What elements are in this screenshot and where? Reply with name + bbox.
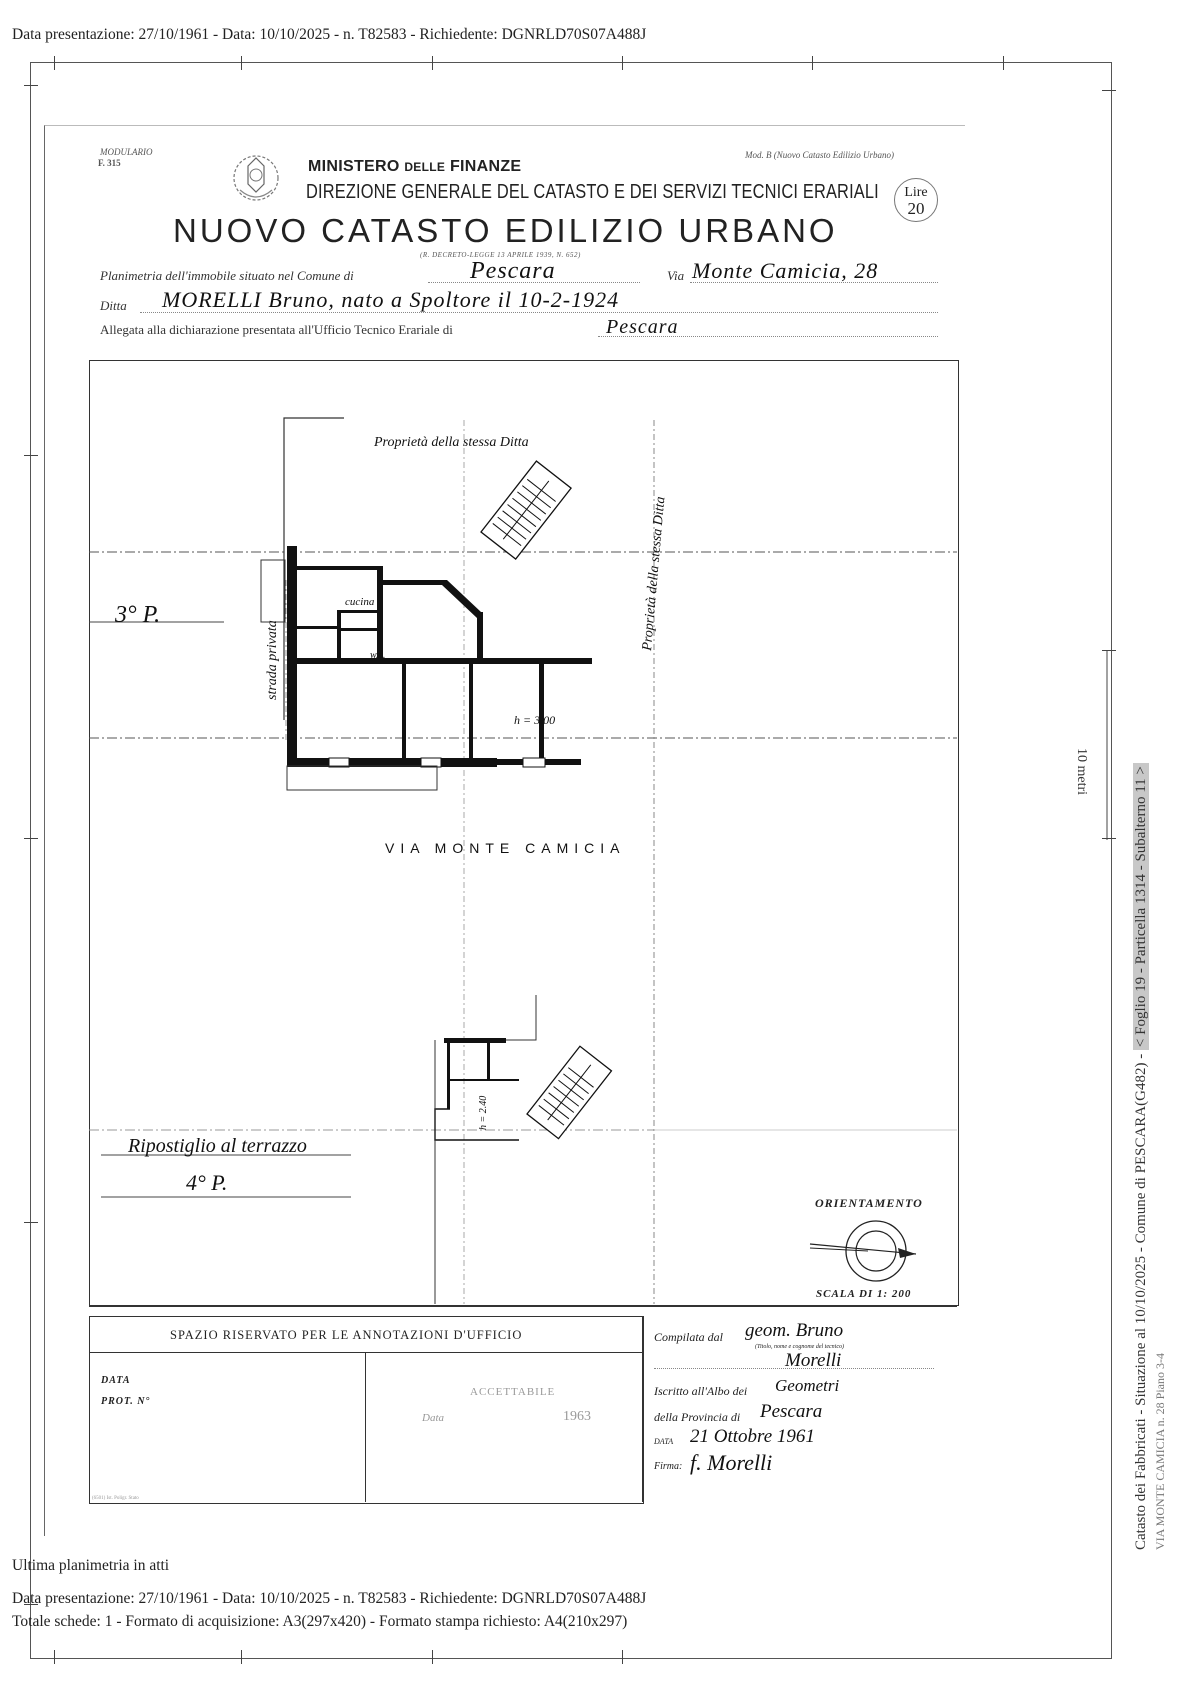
plan-bottom-border bbox=[89, 1305, 957, 1307]
compiler-divider bbox=[642, 1316, 643, 1502]
floor-4-label: 4° P. bbox=[186, 1170, 227, 1196]
side-cadastral-line: Catasto dei Fabbricati - Situazione al 1… bbox=[1133, 763, 1150, 1550]
form-title: NUOVO CATASTO EDILIZIO URBANO bbox=[173, 212, 838, 250]
office-prot-label: PROT. N° bbox=[101, 1396, 150, 1407]
orientamento-label: ORIENTAMENTO bbox=[815, 1196, 923, 1211]
street-label: VIA MONTE CAMICIA bbox=[385, 840, 625, 856]
provincia-label: della Provincia di bbox=[654, 1410, 740, 1425]
side-catasto-text: Catasto dei Fabbricati - Situazione al 1… bbox=[1133, 1050, 1149, 1550]
room-cucina: cucina bbox=[345, 596, 374, 608]
direzione-heading: DIREZIONE GENERALE DEL CATASTO E DEI SER… bbox=[306, 181, 879, 204]
allegata-label: Allegata alla dichiarazione presentata a… bbox=[100, 322, 453, 338]
ministero-delle: DELLE bbox=[404, 160, 445, 174]
frame-tick bbox=[24, 838, 38, 839]
footer-line-1: Data presentazione: 27/10/1961 - Data: 1… bbox=[12, 1590, 646, 1608]
office-section-title: SPAZIO RISERVATO PER LE ANNOTAZIONI D'UF… bbox=[170, 1328, 522, 1343]
compilata-value: geom. Bruno bbox=[745, 1320, 843, 1342]
lire-amount: 20 bbox=[895, 201, 937, 217]
office-footer-code: (6501) Ist. Poligr. Stato bbox=[92, 1496, 139, 1501]
modello-code: F. 315 bbox=[98, 158, 121, 168]
floor-3-label: 3° P. bbox=[115, 602, 160, 629]
ministero-heading: MINISTERO DELLE FINANZE bbox=[308, 158, 521, 176]
compilata-dotline bbox=[654, 1368, 934, 1369]
ufficio-value: Pescara bbox=[606, 316, 679, 339]
frame-tick bbox=[24, 455, 38, 456]
frame-tick bbox=[622, 56, 623, 70]
scale-bar-icon bbox=[1100, 650, 1114, 840]
ditta-label: Ditta bbox=[100, 298, 127, 314]
via-value: Monte Camicia, 28 bbox=[692, 258, 878, 284]
compiler-data-value: 21 Ottobre 1961 bbox=[690, 1426, 815, 1448]
frame-tick bbox=[812, 56, 813, 70]
comune-value: Pescara bbox=[470, 258, 556, 285]
frame-tick bbox=[241, 1650, 242, 1664]
mod-ref: Mod. B (Nuovo Catasto Edilizio Urbano) bbox=[745, 150, 894, 160]
modello-label: MODULARIO bbox=[100, 147, 153, 157]
stamp-year: 1963 bbox=[563, 1409, 591, 1425]
iscritto-label: Iscritto all'Albo dei bbox=[654, 1384, 747, 1399]
side-address-line: VIA MONTE CAMICIA n. 28 Piano 3-4 bbox=[1153, 1353, 1168, 1550]
floor-4-note: Ripostiglio al terrazzo bbox=[128, 1135, 307, 1158]
room-wc: w.c. bbox=[370, 650, 385, 661]
lire-stamp: Lire 20 bbox=[894, 178, 938, 222]
frame-tick bbox=[54, 56, 55, 70]
provincia-value: Pescara bbox=[760, 1401, 822, 1423]
compilata-label: Compilata dal bbox=[654, 1330, 723, 1345]
frame-tick bbox=[432, 56, 433, 70]
state-emblem-icon bbox=[230, 150, 282, 206]
office-annotations-box bbox=[89, 1316, 644, 1504]
planimetria-label: Planimetria dell'immobile situato nel Co… bbox=[100, 268, 354, 284]
floor-4-height: h = 2.40 bbox=[478, 1096, 489, 1130]
frame-tick bbox=[24, 85, 38, 86]
ministero-word: MINISTERO bbox=[308, 158, 400, 175]
scale-label: SCALA DI 1: 200 bbox=[816, 1288, 911, 1300]
frame-tick bbox=[24, 1222, 38, 1223]
floor-plan-drawing bbox=[89, 360, 957, 1304]
side-foglio-highlight: < Foglio 19 - Particella 1314 - Subalter… bbox=[1133, 763, 1149, 1050]
frame-tick bbox=[54, 1650, 55, 1664]
frame-tick bbox=[622, 1650, 623, 1664]
iscritto-value: Geometri bbox=[775, 1376, 839, 1396]
frame-tick bbox=[241, 56, 242, 70]
office-column-divider bbox=[365, 1352, 366, 1502]
via-label: Via bbox=[667, 268, 684, 284]
office-data-label: DATA bbox=[101, 1375, 131, 1386]
compiler-data-label: DATA bbox=[654, 1437, 673, 1446]
frame-tick bbox=[432, 1650, 433, 1664]
ditta-value: MORELLI Bruno, nato a Spoltore il 10-2-1… bbox=[162, 287, 619, 313]
accettabile-stamp: ACCETTABILE bbox=[470, 1386, 555, 1398]
frame-tick bbox=[1102, 90, 1116, 91]
firma-label: Firma: bbox=[654, 1461, 682, 1472]
stamp-data-label: Data bbox=[422, 1412, 444, 1424]
footer-line-2: Totale schede: 1 - Formato di acquisizio… bbox=[12, 1613, 627, 1631]
compass-icon bbox=[808, 1218, 928, 1284]
room-height: h = 3.00 bbox=[514, 713, 555, 728]
footer-ultima: Ultima planimetria in atti bbox=[12, 1557, 169, 1575]
property-label-top: Proprietà della stessa Ditta bbox=[374, 435, 529, 451]
firma-signature: f. Morelli bbox=[690, 1450, 772, 1476]
ministero-finanze: FINANZE bbox=[450, 158, 521, 175]
strada-privata-label: strada privata bbox=[265, 620, 281, 700]
side-scale-label: 10 metri bbox=[1073, 748, 1089, 795]
header-submission-line: Data presentazione: 27/10/1961 - Data: 1… bbox=[12, 26, 646, 44]
frame-tick bbox=[1003, 56, 1004, 70]
